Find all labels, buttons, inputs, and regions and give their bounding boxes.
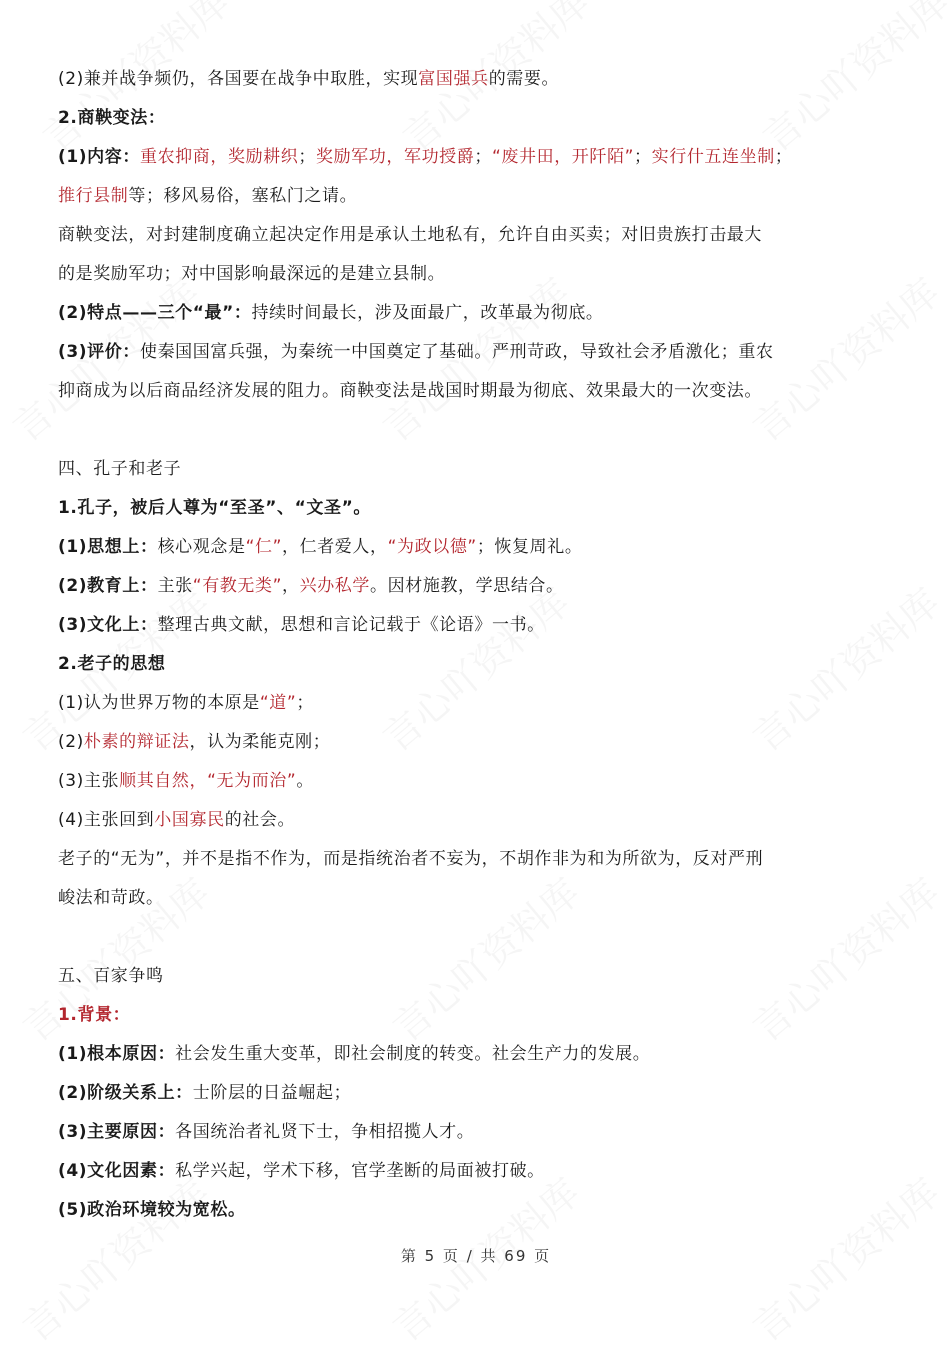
highlighted-text: 顺其自然，“无为而治” xyxy=(119,771,296,791)
page-footer: 第 5 页 / 共 69 页 xyxy=(0,1245,952,1266)
text-line: (2)特点——三个“最”：持续时间最长，涉及面最广，改革最为彻底。 xyxy=(58,294,894,333)
text-line: (4)文化因素：私学兴起，学术下移，官学垄断的局面被打破。 xyxy=(58,1152,894,1191)
text-segment: (4)主张回到 xyxy=(58,810,154,830)
text-segment: 私学兴起，学术下移，官学垄断的局面被打破。 xyxy=(175,1161,545,1181)
text-line: (1)内容：重农抑商，奖励耕织；奖励军功，军功授爵；“废井田，开阡陌”；实行什五… xyxy=(58,138,894,177)
text-line: (2)阶级关系上：士阶层的日益崛起； xyxy=(58,1074,894,1113)
text-segment: ； xyxy=(298,147,316,167)
text-line: 的是奖励军功；对中国影响最深远的是建立县制。 xyxy=(58,255,894,294)
highlighted-text: 小国寡民 xyxy=(154,810,224,830)
text-segment: (3)主要原因： xyxy=(58,1122,175,1142)
highlighted-text: 重农抑商，奖励耕织 xyxy=(140,147,298,167)
text-segment: 等；移风易俗，塞私门之请。 xyxy=(128,186,357,206)
text-segment: ；恢复周礼。 xyxy=(477,537,583,557)
text-line: (3)主张顺其自然，“无为而治”。 xyxy=(58,762,894,801)
text-segment: 整理古典文献，思想和言论记载于《论语》一书。 xyxy=(158,615,545,635)
text-segment: 社会发生重大变革，即社会制度的转变。社会生产力的发展。 xyxy=(175,1044,650,1064)
highlighted-text: “仁” xyxy=(246,537,282,557)
text-segment: (3)文化上： xyxy=(58,615,158,635)
highlighted-text: “为政以德” xyxy=(388,537,477,557)
text-segment: 。 xyxy=(296,771,314,791)
text-line: 抑商成为以后商品经济发展的阻力。商鞅变法是战国时期最为彻底、效果最大的一次变法。 xyxy=(58,372,894,411)
text-segment: 峻法和苛政。 xyxy=(58,888,164,908)
highlighted-text: 兴办私学 xyxy=(300,576,370,596)
highlighted-text: “废井田，开阡陌” xyxy=(492,147,634,167)
text-line: 五、百家争鸣 xyxy=(58,957,894,996)
text-segment: ； xyxy=(474,147,492,167)
text-segment: (5)政治环境较为宽松。 xyxy=(58,1200,246,1220)
text-segment: (1)内容： xyxy=(58,147,140,167)
text-segment: ，认为柔能克刚； xyxy=(190,732,331,752)
text-line: 2.商鞅变法： xyxy=(58,99,894,138)
text-segment: 2.商鞅变法： xyxy=(58,108,166,128)
text-line: (3)主要原因：各国统治者礼贤下士，争相招揽人才。 xyxy=(58,1113,894,1152)
text-line: (1)思想上：核心观念是“仁”，仁者爱人，“为政以德”；恢复周礼。 xyxy=(58,528,894,567)
spacer xyxy=(58,918,894,957)
text-segment: ； xyxy=(775,147,793,167)
text-line: 2.老子的思想 xyxy=(58,645,894,684)
text-line: 商鞅变法，对封建制度确立起决定作用是承认土地私有，允许自由买卖；对旧贵族打击最大 xyxy=(58,216,894,255)
text-segment: 。因材施教，学思结合。 xyxy=(370,576,564,596)
text-line: 峻法和苛政。 xyxy=(58,879,894,918)
text-segment: 2.老子的思想 xyxy=(58,654,166,674)
text-line: (2)教育上：主张“有教无类”，兴办私学。因材施教，学思结合。 xyxy=(58,567,894,606)
text-segment: 持续时间最长，涉及面最广，改革最为彻底。 xyxy=(252,303,604,323)
document-page: 言心吖资料库言心吖资料库言心吖资料库言心吖资料库言心吖资料库言心吖资料库言心吖资… xyxy=(0,0,952,1347)
text-segment: 五、百家争鸣 xyxy=(58,966,164,986)
text-line: (4)主张回到小国寡民的社会。 xyxy=(58,801,894,840)
text-segment: 四、孔子和老子 xyxy=(58,459,181,479)
text-segment: 的社会。 xyxy=(225,810,295,830)
text-segment: (4)文化因素： xyxy=(58,1161,175,1181)
text-line: (5)政治环境较为宽松。 xyxy=(58,1191,894,1230)
text-segment: 抑商成为以后商品经济发展的阻力。商鞅变法是战国时期最为彻底、效果最大的一次变法。 xyxy=(58,381,762,401)
text-segment: (1)认为世界万物的本原是 xyxy=(58,693,260,713)
highlighted-text: “有教无类” xyxy=(193,576,282,596)
text-segment: (1)思想上： xyxy=(58,537,158,557)
highlighted-text: 朴素的辩证法 xyxy=(84,732,190,752)
text-segment: (1)根本原因： xyxy=(58,1044,175,1064)
text-segment: 士阶层的日益崛起； xyxy=(193,1083,351,1103)
text-line: (1)认为世界万物的本原是“道”； xyxy=(58,684,894,723)
text-segment: 1.孔子，被后人尊为“至圣”、“文圣”。 xyxy=(58,498,371,518)
highlighted-text: 推行县制 xyxy=(58,186,128,206)
text-segment: 各国统治者礼贤下士，争相招揽人才。 xyxy=(175,1122,474,1142)
text-segment: 商鞅变法，对封建制度确立起决定作用是承认土地私有，允许自由买卖；对旧贵族打击最大 xyxy=(58,225,762,245)
highlighted-text: “道” xyxy=(260,693,296,713)
spacer xyxy=(58,411,894,450)
text-segment: (2) xyxy=(58,732,84,752)
text-line: 四、孔子和老子 xyxy=(58,450,894,489)
text-line: 1.孔子，被后人尊为“至圣”、“文圣”。 xyxy=(58,489,894,528)
text-line: (3)评价：使秦国国富兵强，为秦统一中国奠定了基础。严刑苛政，导致社会矛盾激化；… xyxy=(58,333,894,372)
highlighted-text: 1.背景： xyxy=(58,1005,130,1025)
highlighted-text: 奖励军功，军功授爵 xyxy=(316,147,474,167)
text-line: (3)文化上：整理古典文献，思想和言论记载于《论语》一书。 xyxy=(58,606,894,645)
text-segment: 的需要。 xyxy=(489,69,559,89)
page-content: (2)兼并战争频仍，各国要在战争中取胜，实现富国强兵的需要。2.商鞅变法：(1)… xyxy=(58,60,894,1230)
text-segment: 老子的“无为”，并不是指不作为，而是指统治者不妄为，不胡作非为和为所欲为，反对严… xyxy=(58,849,763,869)
text-line: (1)根本原因：社会发生重大变革，即社会制度的转变。社会生产力的发展。 xyxy=(58,1035,894,1074)
text-segment: ； xyxy=(634,147,652,167)
text-segment: ， xyxy=(282,576,300,596)
highlighted-text: 实行什五连坐制 xyxy=(652,147,775,167)
text-segment: (2)特点——三个“最”： xyxy=(58,303,252,323)
text-segment: (3)主张 xyxy=(58,771,119,791)
text-line: 老子的“无为”，并不是指不作为，而是指统治者不妄为，不胡作非为和为所欲为，反对严… xyxy=(58,840,894,879)
text-line: (2)朴素的辩证法，认为柔能克刚； xyxy=(58,723,894,762)
text-segment: (2)教育上： xyxy=(58,576,158,596)
text-line: 1.背景： xyxy=(58,996,894,1035)
text-segment: (2)兼并战争频仍，各国要在战争中取胜，实现 xyxy=(58,69,418,89)
text-segment: 核心观念是 xyxy=(158,537,246,557)
text-line: (2)兼并战争频仍，各国要在战争中取胜，实现富国强兵的需要。 xyxy=(58,60,894,99)
text-line: 推行县制等；移风易俗，塞私门之请。 xyxy=(58,177,894,216)
highlighted-text: 富国强兵 xyxy=(418,69,488,89)
text-segment: (2)阶级关系上： xyxy=(58,1083,193,1103)
text-segment: 主张 xyxy=(158,576,193,596)
text-segment: 的是奖励军功；对中国影响最深远的是建立县制。 xyxy=(58,264,445,284)
text-segment: ； xyxy=(296,693,314,713)
text-segment: ，仁者爱人， xyxy=(282,537,388,557)
text-segment: 使秦国国富兵强，为秦统一中国奠定了基础。严刑苛政，导致社会矛盾激化；重农 xyxy=(140,342,774,362)
text-segment: (3)评价： xyxy=(58,342,140,362)
